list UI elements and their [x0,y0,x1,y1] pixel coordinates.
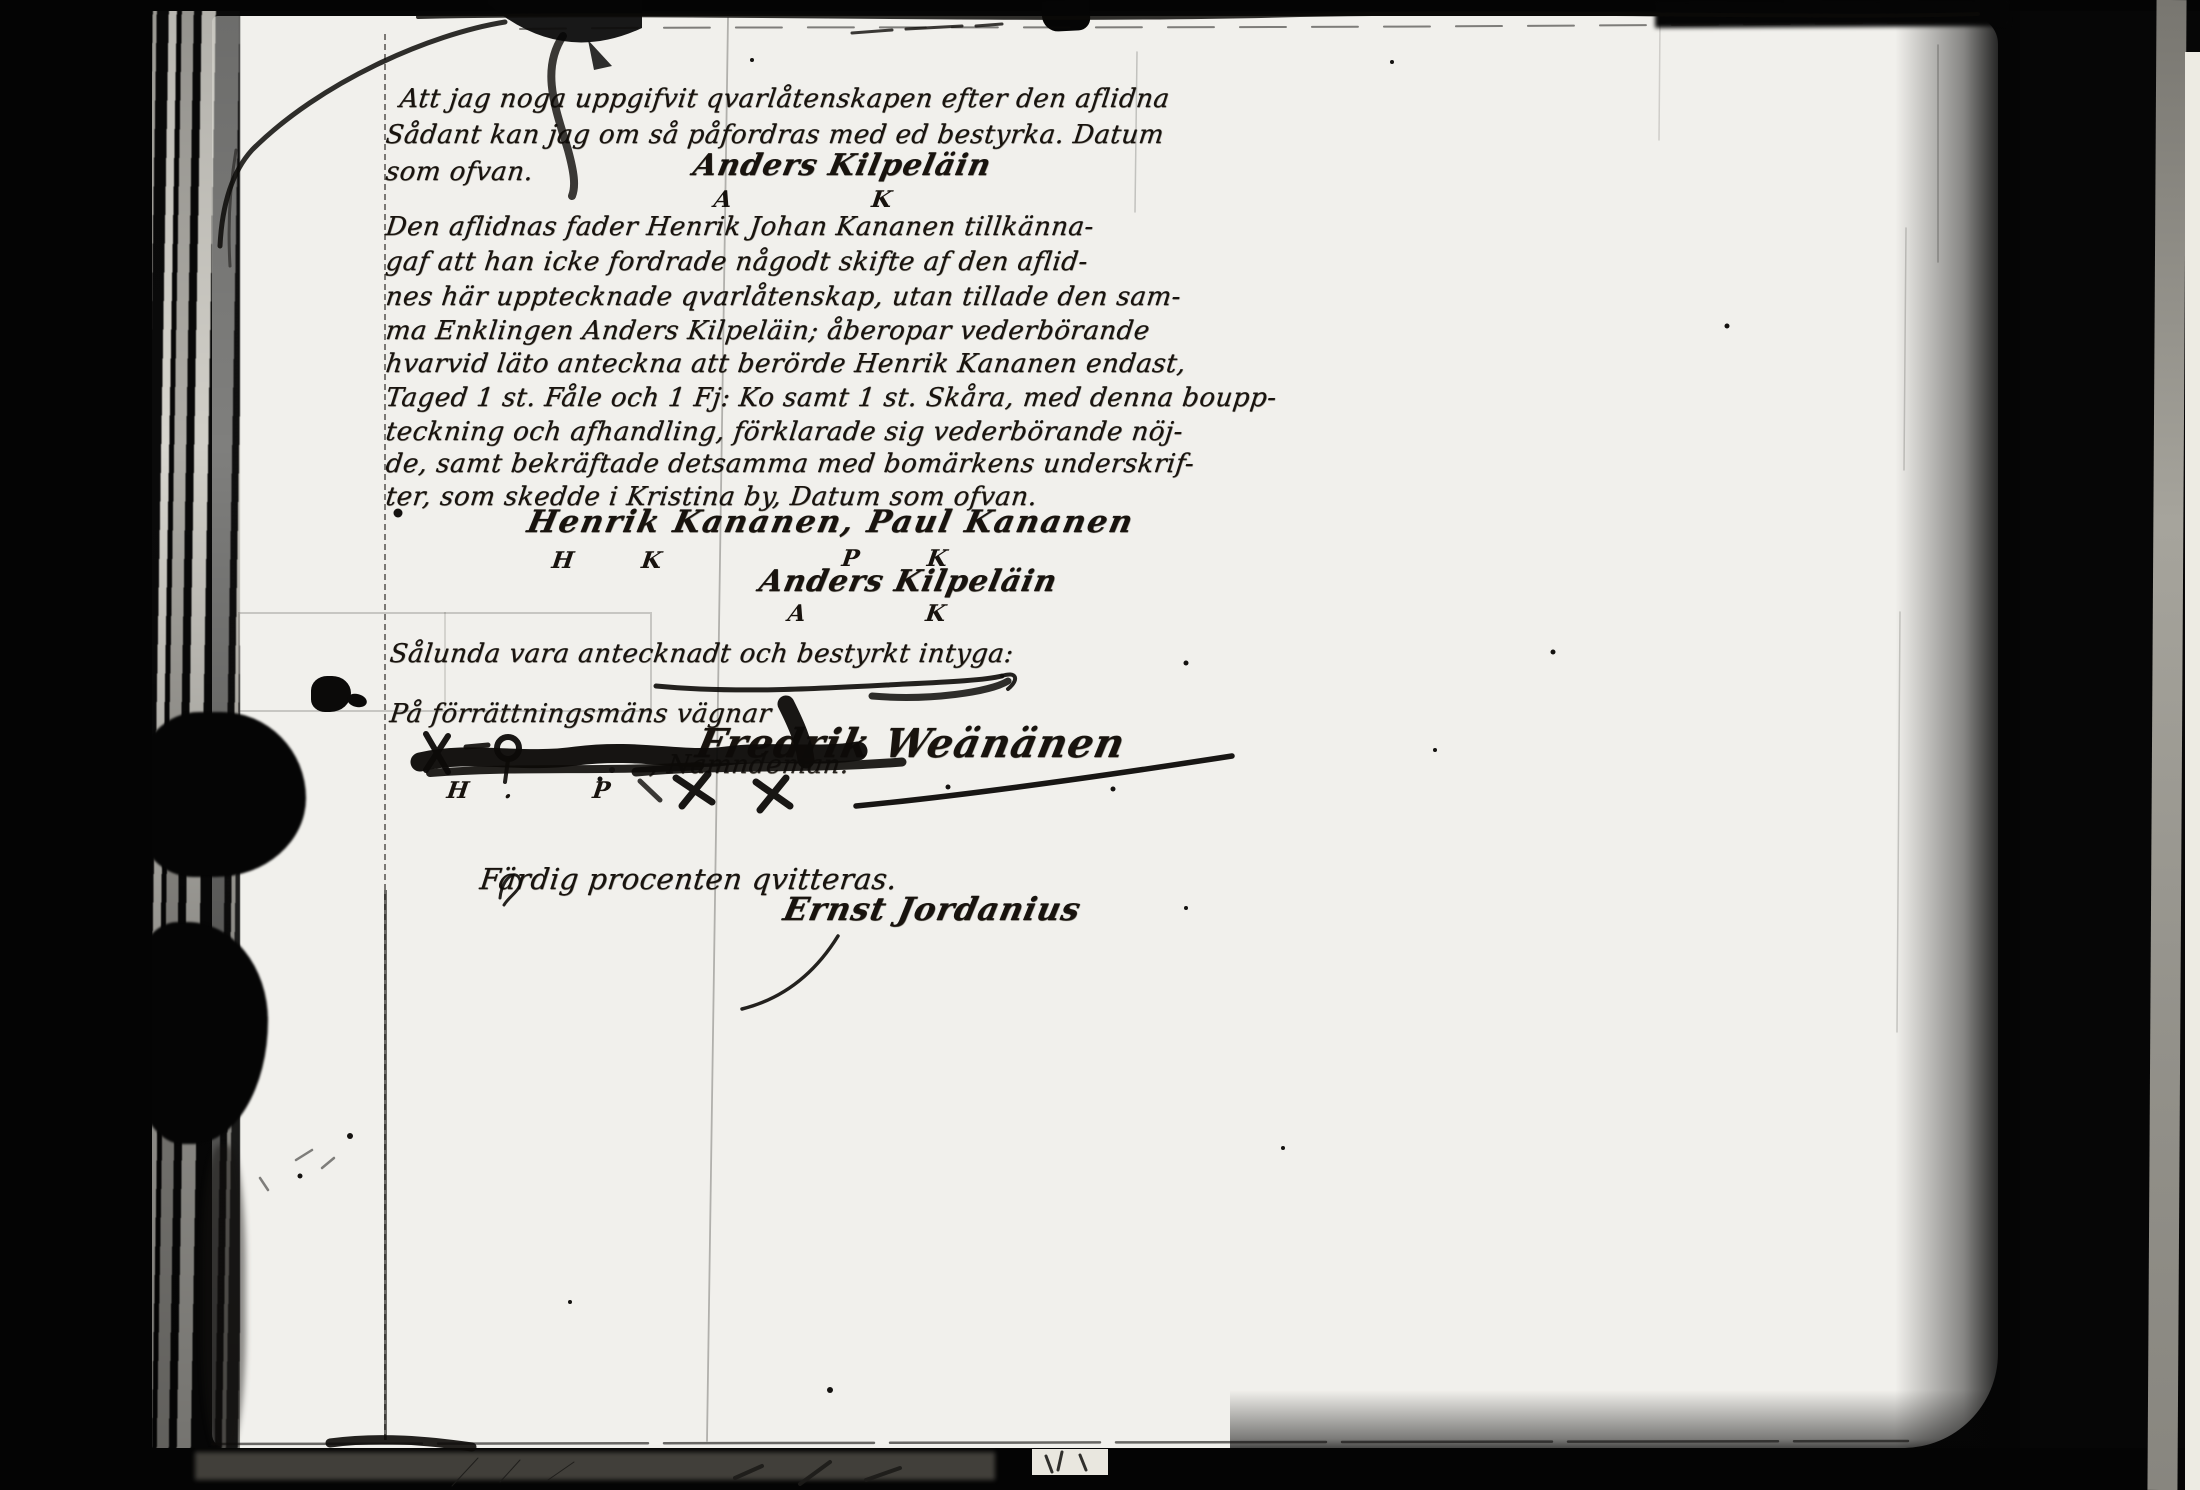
manuscript-line: ma Enklingen Anders Kilpeläin; åberopar … [384,316,1152,346]
manuscript-line: Sådant kan jag om så påfordras med ed be… [384,120,1166,150]
manuscript-line: Att jag noga uppgifvit qvarlåtenskapen e… [398,84,1171,114]
film-edge-top-right [1655,0,2010,28]
bomarke-henrik: H K [550,547,694,574]
film-bottom-notch [1032,1449,1108,1475]
film-strip-gray [2147,0,2186,1490]
bomarke-anders-2: A K [786,600,1004,627]
attestation-line: Sålunda vara antecknadt och bestyrkt int… [388,639,1015,669]
film-bottom-stipple [195,1452,995,1480]
film-edge-left [0,0,152,1490]
struck-signature-marks: H. P [445,777,648,804]
edge-speckle [202,1145,246,1450]
manuscript-line: som ofvan. [384,157,535,187]
signature-anders-kilpelain-2: Anders Kilpeläin [756,564,1061,599]
manuscript-line: gaf att han icke fordrade någodt skifte … [384,247,1090,277]
margin-rule-lower [384,890,387,1440]
manuscript-line: teckning och afhandling, förklarade sig … [384,417,1185,447]
manuscript-line: hvarvid läto anteckna att berörde Henrik… [384,349,1188,379]
microfilm-scan: Att jag noga uppgifvit qvarlåtenskapen e… [0,0,2200,1490]
signature-anders-kilpelain-1: Anders Kilpeläin [690,148,995,183]
bomarke-anders-1: A K [712,186,960,213]
manuscript-line: Den aflidnas fader Henrik Johan Kananen … [384,212,1096,242]
manuscript-line: nes här upptecknade qvarlåtenskap, utan … [384,282,1183,312]
film-top-tab-mark [1041,0,1091,32]
signatures-henrik-paul-kananen: Henrik Kananen, Paul Kananen [524,504,1138,540]
manuscript-line: Taged 1 st. Fåle och 1 Fj: Ko samt 1 st.… [384,383,1278,413]
film-edge-fuzz-right [1895,0,2020,1490]
film-strip-white [2185,52,2200,1490]
signature-ernst-jordanius: Ernst Jordanius [780,890,1085,928]
ink-blot-left-upper [138,712,306,877]
manuscript-line: de, samt bekräftade detsamma med bomärke… [384,449,1196,479]
struck-signature-suffix: , Nämndeman. [648,750,851,780]
